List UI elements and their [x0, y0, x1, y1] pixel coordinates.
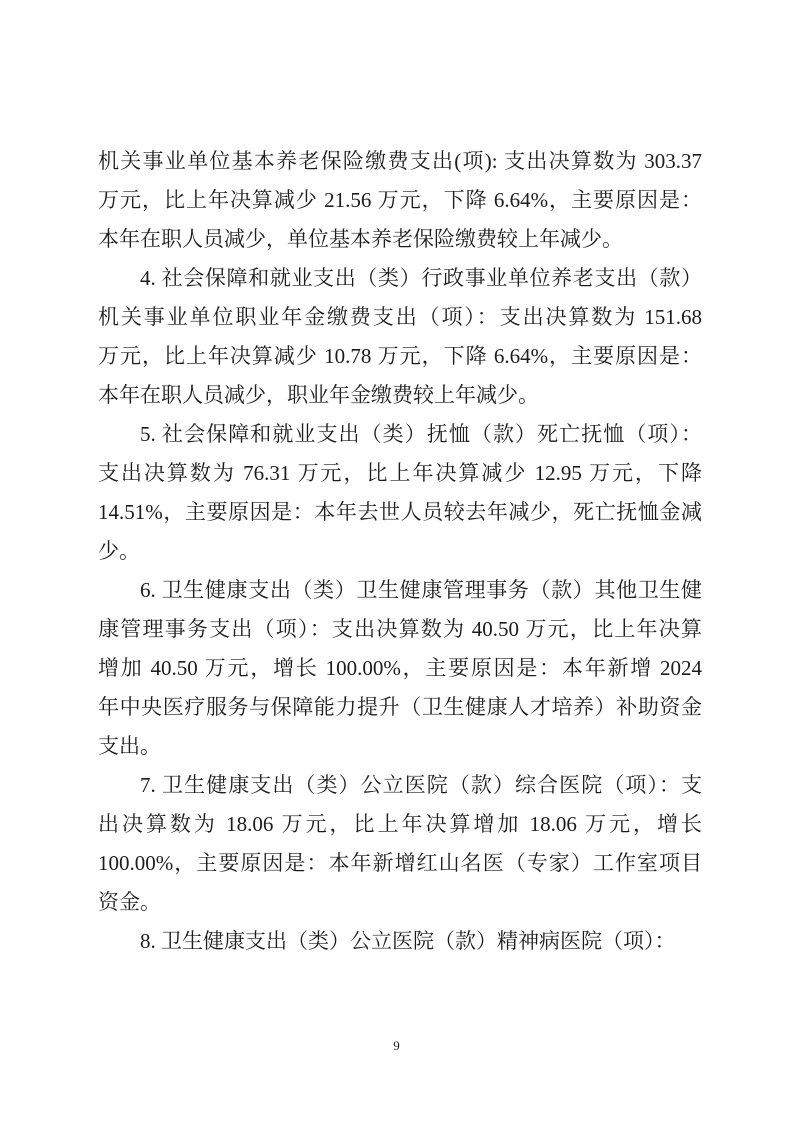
document-body: 机关事业单位基本养老保险缴费支出(项): 支出决算数为 303.37 万元，比上… [98, 142, 702, 961]
text-line: 5. 社会保障和就业支出（类）抚恤（款）死亡抚恤（项）： [98, 415, 702, 454]
text-line: 8. 卫生健康支出（类）公立医院（款）精神病医院（项）： [98, 922, 702, 961]
text-line: 出决算数为 18.06 万元，比上年决算增加 18.06 万元，增长 [98, 805, 702, 844]
text-line: 机关事业单位职业年金缴费支出（项）：支出决算数为 151.68 [98, 298, 702, 337]
text-line: 4. 社会保障和就业支出（类）行政事业单位养老支出（款） [98, 259, 702, 298]
text-line: 万元，比上年决算减少 10.78 万元，下降 6.64%，主要原因是： [98, 337, 702, 376]
text-line: 增加 40.50 万元，增长 100.00%，主要原因是：本年新增 2024 [98, 649, 702, 688]
page-number: 9 [0, 1038, 793, 1054]
text-line: 资金。 [98, 883, 702, 922]
text-line: 本年在职人员减少，职业年金缴费较上年减少。 [98, 376, 702, 415]
text-line: 本年在职人员减少，单位基本养老保险缴费较上年减少。 [98, 220, 702, 259]
paragraph-item-8-psychiatric-hospital: 8. 卫生健康支出（类）公立医院（款）精神病医院（项）： [98, 922, 702, 961]
text-line: 14.51%，主要原因是：本年去世人员较去年减少，死亡抚恤金减 [98, 493, 702, 532]
document-page: 机关事业单位基本养老保险缴费支出(项): 支出决算数为 303.37 万元，比上… [0, 0, 793, 1122]
paragraph-item-7-general-hospital: 7. 卫生健康支出（类）公立医院（款）综合医院（项）：支 出决算数为 18.06… [98, 766, 702, 922]
text-line: 康管理事务支出（项）：支出决算数为 40.50 万元，比上年决算 [98, 610, 702, 649]
text-line: 支出。 [98, 727, 702, 766]
text-line: 机关事业单位基本养老保险缴费支出(项): 支出决算数为 303.37 [98, 142, 702, 181]
paragraph-pension-contribution: 机关事业单位基本养老保险缴费支出(项): 支出决算数为 303.37 万元，比上… [98, 142, 702, 259]
text-line: 支出决算数为 76.31 万元，比上年决算减少 12.95 万元，下降 [98, 454, 702, 493]
paragraph-item-5-death-benefit: 5. 社会保障和就业支出（类）抚恤（款）死亡抚恤（项）： 支出决算数为 76.3… [98, 415, 702, 571]
text-line: 6. 卫生健康支出（类）卫生健康管理事务（款）其他卫生健 [98, 571, 702, 610]
paragraph-item-4-annuity: 4. 社会保障和就业支出（类）行政事业单位养老支出（款） 机关事业单位职业年金缴… [98, 259, 702, 415]
text-line: 万元，比上年决算减少 21.56 万元，下降 6.64%，主要原因是： [98, 181, 702, 220]
text-line: 7. 卫生健康支出（类）公立医院（款）综合医院（项）：支 [98, 766, 702, 805]
text-line: 100.00%，主要原因是：本年新增红山名医（专家）工作室项目 [98, 844, 702, 883]
text-line: 年中央医疗服务与保障能力提升（卫生健康人才培养）补助资金 [98, 688, 702, 727]
text-line: 少。 [98, 532, 702, 571]
paragraph-item-6-health-admin: 6. 卫生健康支出（类）卫生健康管理事务（款）其他卫生健 康管理事务支出（项）：… [98, 571, 702, 766]
